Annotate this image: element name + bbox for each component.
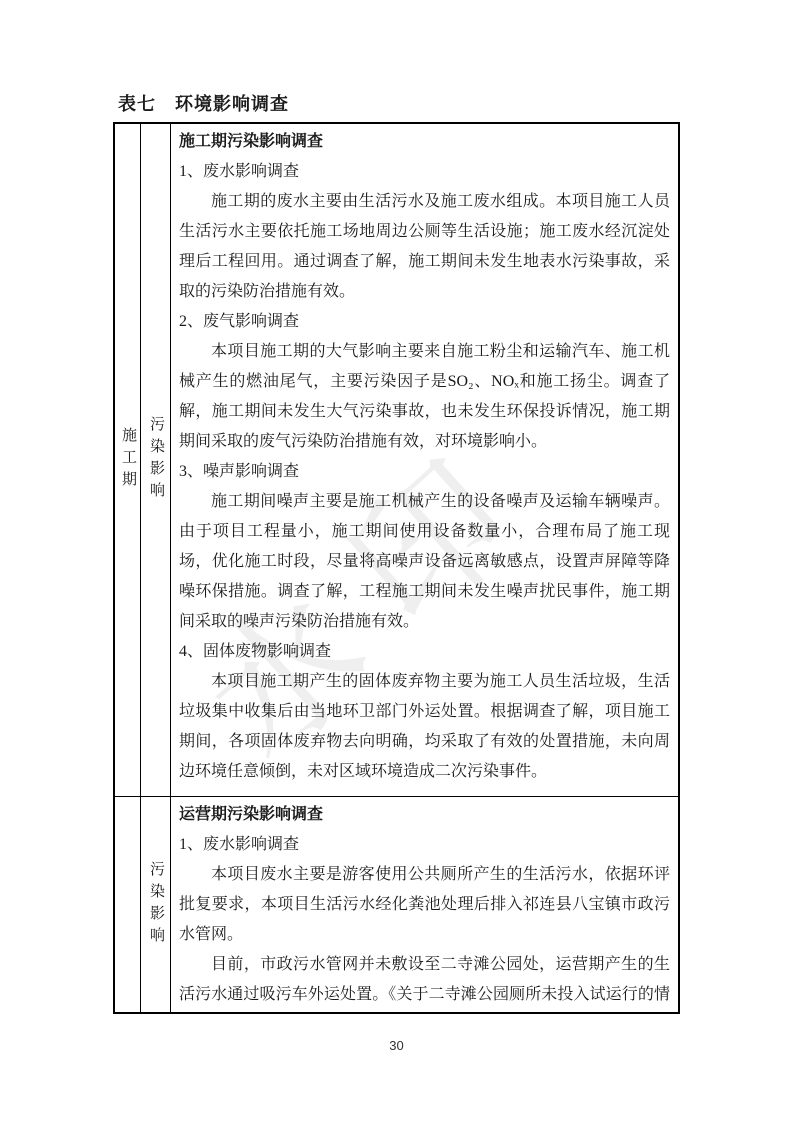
paragraph-operation-wastewater-1: 本项目废水主要是游客使用公共厕所产生的生活污水，依据环评批复要求，本项目生活污水… (179, 860, 670, 950)
cell-period-construction: 施工期 (115, 124, 141, 796)
construction-section-heading: 施工期污染影响调查 (179, 127, 670, 157)
paragraph-exhaust-gas: 本项目施工期的大气影响主要来自施工粉尘和运输汽车、施工机械产生的燃油尾气，主要污… (179, 337, 670, 457)
page-number: 30 (0, 1038, 793, 1053)
paragraph-wastewater: 施工期的废水主要由生活污水及施工废水组成。本项目施工人员生活污水主要依托施工场地… (179, 187, 670, 307)
cell-pollution-impact-construction: 污染影响 (141, 124, 171, 796)
pollution-impact-label: 污染影响 (148, 416, 163, 504)
paragraph-noise: 施工期间噪声主要是施工机械产生的设备噪声及运输车辆噪声。由于项目工程量小，施工期… (179, 487, 670, 637)
operation-period-content: 运营期污染影响调查 1、废水影响调查 本项目废水主要是游客使用公共厕所产生的生活… (171, 797, 678, 1012)
section-label-wastewater: 1、废水影响调查 (179, 157, 670, 187)
table-row-operation-period: 污染影响 运营期污染影响调查 1、废水影响调查 本项目废水主要是游客使用公共厕所… (115, 797, 678, 1012)
operation-section-heading: 运营期污染影响调查 (179, 800, 670, 830)
section-label-operation-wastewater: 1、废水影响调查 (179, 830, 670, 860)
pollution-impact-label-operation: 污染影响 (148, 861, 163, 949)
paragraph-operation-wastewater-2: 目前，市政污水管网并未敷设至二寺滩公园处，运营期产生的生活污水通过吸污车外运处置… (179, 950, 670, 1012)
paragraph-solid-waste: 本项目施工期产生的固体废弃物主要为施工人员生活垃圾，生活垃圾集中收集后由当地环卫… (179, 667, 670, 787)
document-page: 水印 表七 环境影响调查 施工期 污染影响 施工期污染影响调查 1、废水影响调查… (0, 0, 793, 1122)
construction-period-label: 施工期 (120, 427, 135, 493)
cell-period-operation-empty (115, 797, 141, 1012)
impact-survey-table: 施工期 污染影响 施工期污染影响调查 1、废水影响调查 施工期的废水主要由生活污… (113, 122, 680, 1014)
table-row-construction-period: 施工期 污染影响 施工期污染影响调查 1、废水影响调查 施工期的废水主要由生活污… (115, 124, 678, 797)
construction-period-content: 施工期污染影响调查 1、废水影响调查 施工期的废水主要由生活污水及施工废水组成。… (171, 124, 678, 796)
section-label-exhaust-gas: 2、废气影响调查 (179, 307, 670, 337)
cell-pollution-impact-operation: 污染影响 (141, 797, 171, 1012)
section-label-solid-waste: 4、固体废物影响调查 (179, 637, 670, 667)
section-label-noise: 3、噪声影响调查 (179, 457, 670, 487)
page-title: 表七 环境影响调查 (118, 90, 289, 116)
